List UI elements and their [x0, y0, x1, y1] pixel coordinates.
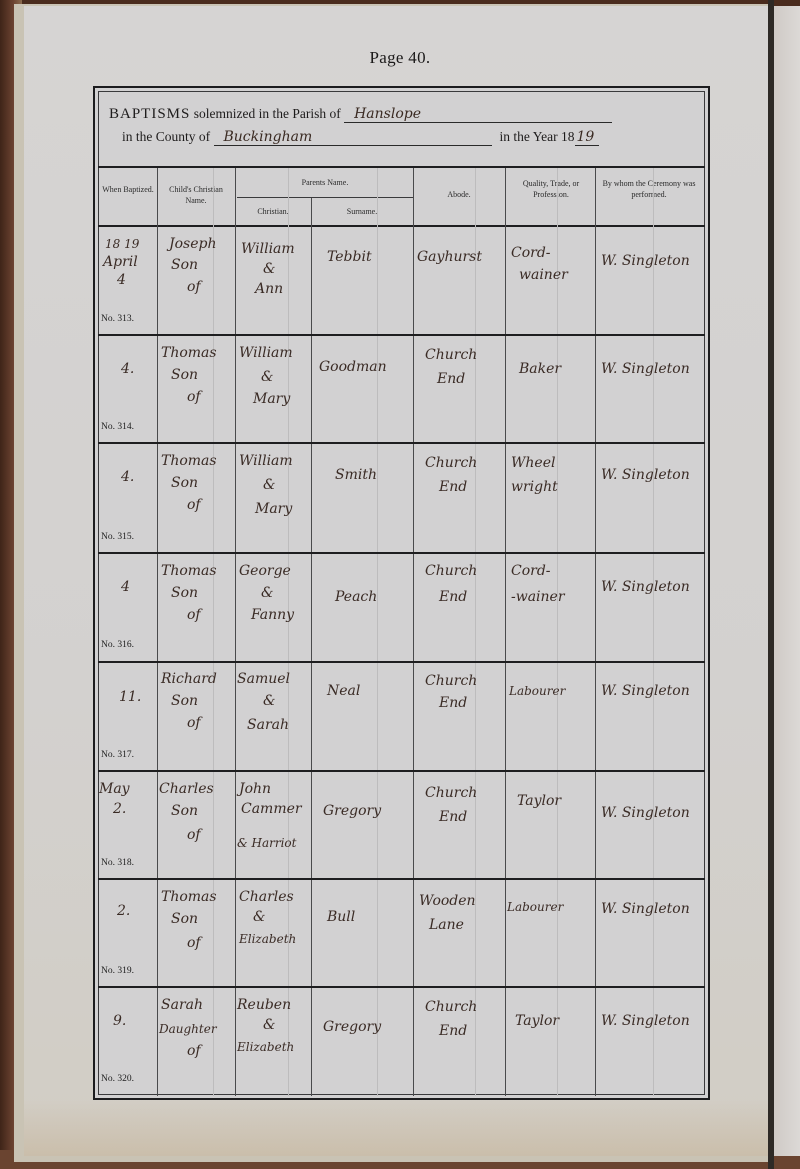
parish-field: Hanslope	[344, 106, 612, 123]
child-of: of	[187, 388, 201, 406]
entry-number: No. 320.	[101, 1074, 134, 1084]
faint-guide-line	[653, 168, 654, 1096]
parent-and: &	[263, 476, 275, 494]
abode-1: Church	[425, 454, 477, 472]
child-of: of	[187, 826, 201, 844]
faint-guide-line	[557, 168, 558, 1096]
abode-1: Church	[425, 562, 477, 580]
surname: Peach	[335, 588, 377, 606]
parent-christian-1: John	[239, 780, 271, 798]
baptism-register-table: BAPTISMS solemnized in the Parish of Han…	[93, 86, 710, 1100]
parent-christian-1: William	[239, 452, 293, 470]
child-relation: Son	[171, 584, 198, 602]
child-relation: Son	[171, 692, 198, 710]
entry-number: No. 315.	[101, 532, 134, 542]
trade-2: wright	[511, 478, 558, 496]
row-rule	[98, 770, 705, 772]
county-label: in the County of	[122, 129, 214, 144]
parent-and: &	[263, 260, 275, 278]
child-name: Thomas	[161, 344, 217, 362]
col-header-when: When Baptized.	[99, 184, 157, 195]
child-of: of	[187, 606, 201, 624]
entry-date-day: 2.	[117, 902, 130, 920]
row-rule	[98, 552, 705, 554]
col-divider	[235, 168, 236, 1096]
abode-2: End	[439, 808, 467, 826]
entry-date-month: May	[99, 780, 130, 798]
child-name: Richard	[161, 670, 217, 688]
col-divider	[595, 168, 596, 1096]
entry-date-day: 4	[121, 578, 130, 596]
surname: Gregory	[323, 802, 381, 820]
heading-baptisms: BAPTISMS	[109, 106, 190, 122]
child-name: Thomas	[161, 888, 217, 906]
trade-2: -wainer	[511, 588, 565, 606]
child-of: of	[187, 278, 201, 296]
row-rule	[98, 661, 705, 663]
parent-christian-2: Fanny	[251, 606, 294, 624]
row-rule	[98, 334, 705, 336]
faint-guide-line	[213, 168, 214, 1096]
page-stain	[24, 1100, 768, 1156]
parent-christian-1: Samuel	[237, 670, 290, 688]
minister: W. Singleton	[601, 252, 690, 270]
row-rule	[98, 442, 705, 444]
col-divider	[413, 168, 414, 1096]
abode-2: End	[437, 370, 465, 388]
abode-1: Church	[425, 784, 477, 802]
heading-rule	[98, 166, 705, 168]
entry-number: No. 319.	[101, 966, 134, 976]
entry-date-day: 4	[117, 271, 126, 289]
abode-2: End	[439, 1022, 467, 1040]
surname: Neal	[327, 682, 360, 700]
trade-1: Labourer	[509, 682, 565, 700]
col-header-parents: Parents Name.	[235, 177, 415, 188]
child-name: Charles	[159, 780, 214, 798]
minister: W. Singleton	[601, 804, 690, 822]
child-relation: Son	[171, 802, 198, 820]
minister: W. Singleton	[601, 360, 690, 378]
parent-christian-middle: Cammer	[241, 800, 302, 818]
surname: Bull	[327, 908, 355, 926]
minister: W. Singleton	[601, 682, 690, 700]
col-header-minister: By whom the Ceremony was performed.	[597, 178, 701, 200]
trade-1: Labourer	[507, 898, 563, 916]
parent-christian-2: Sarah	[247, 716, 289, 734]
heading-text: solemnized in the Parish of	[190, 106, 344, 121]
facing-page-edge	[774, 6, 800, 1156]
entry-number: No. 317.	[101, 750, 134, 760]
child-of: of	[187, 934, 201, 952]
child-of: of	[187, 496, 201, 514]
page-title: Page 40.	[0, 48, 800, 68]
entry-date-day: 4.	[121, 360, 134, 378]
entry-date-day: 4.	[121, 468, 134, 486]
parent-and: &	[263, 1016, 275, 1034]
surname: Tebbit	[327, 248, 372, 266]
child-of: of	[187, 714, 201, 732]
faint-guide-line	[475, 168, 476, 1096]
parent-and: &	[261, 368, 273, 386]
parent-christian-2: Ann	[255, 280, 283, 298]
minister: W. Singleton	[601, 1012, 690, 1030]
child-of: of	[187, 1042, 201, 1060]
parents-subheader-rule	[237, 197, 413, 198]
parent-christian-2: Mary	[253, 390, 290, 408]
column-header-rule	[98, 225, 705, 227]
entry-date-month: April	[103, 253, 138, 271]
minister: W. Singleton	[601, 900, 690, 918]
child-relation: Son	[171, 366, 198, 384]
county-field: Buckingham	[214, 129, 492, 146]
faint-guide-line	[288, 168, 289, 1096]
row-rule	[98, 878, 705, 880]
child-relation: Son	[171, 910, 198, 928]
year-field: 19	[575, 129, 599, 146]
surname: Smith	[335, 466, 377, 484]
parent-christian-1: George	[239, 562, 291, 580]
trade-1: Taylor	[517, 792, 561, 810]
faint-guide-line	[377, 168, 378, 1096]
parent-christian-2: & Harriot	[237, 834, 296, 852]
parent-and: &	[263, 692, 275, 710]
child-name: Sarah	[161, 996, 203, 1014]
register-heading-county: in the County of Buckinghamin the Year 1…	[122, 129, 599, 146]
child-relation: Son	[171, 474, 198, 492]
entry-date-day: 9.	[113, 1012, 126, 1030]
col-header-christian: Christian.	[235, 206, 311, 217]
minister: W. Singleton	[601, 466, 690, 484]
trade-2: wainer	[519, 266, 568, 284]
parent-christian-1: Reuben	[237, 996, 291, 1014]
abode-1: Wooden	[419, 892, 476, 910]
col-header-quality: Quality, Trade, or Profession.	[507, 178, 595, 200]
abode-1: Church	[425, 672, 477, 690]
minister: W. Singleton	[601, 578, 690, 596]
parent-and: &	[261, 584, 273, 602]
entry-number: No. 313.	[101, 314, 134, 324]
child-relation: Son	[171, 256, 198, 274]
trade-1: Taylor	[515, 1012, 559, 1030]
child-name: Thomas	[161, 452, 217, 470]
col-header-surname: Surname.	[312, 206, 412, 217]
abode-1: Church	[425, 998, 477, 1016]
parent-christian-2: Elizabeth	[239, 930, 296, 948]
trade-1: Cord-	[511, 244, 551, 262]
parent-and: &	[253, 908, 265, 926]
year-label: in the Year 18	[500, 129, 575, 144]
abode-2: Lane	[429, 916, 464, 934]
entry-date-day: 11.	[119, 688, 141, 706]
col-divider	[505, 168, 506, 1096]
register-heading-parish: BAPTISMS solemnized in the Parish of Han…	[109, 106, 612, 123]
abode-2: End	[439, 478, 467, 496]
abode-1: Gayhurst	[417, 248, 482, 266]
trade-1: Baker	[519, 360, 561, 378]
entry-date-year: 18 19	[105, 235, 139, 253]
entry-number: No. 316.	[101, 640, 134, 650]
trade-1: Cord-	[511, 562, 551, 580]
parent-christian-1: William	[241, 240, 295, 258]
entry-date-day: 2.	[113, 800, 126, 818]
parent-christian-2: Elizabeth	[237, 1038, 294, 1056]
surname: Goodman	[319, 358, 387, 376]
col-header-child: Child's Christian Name.	[159, 184, 233, 206]
surname: Gregory	[323, 1018, 381, 1036]
entry-number: No. 314.	[101, 422, 134, 432]
col-divider	[311, 198, 312, 1096]
abode-1: Church	[425, 346, 477, 364]
child-name: Joseph	[169, 235, 217, 253]
abode-2: End	[439, 694, 467, 712]
entry-number: No. 318.	[101, 858, 134, 868]
col-header-abode: Abode.	[413, 189, 505, 200]
row-rule	[98, 986, 705, 988]
col-divider	[157, 168, 158, 1096]
parent-christian-2: Mary	[255, 500, 292, 518]
child-relation: Daughter	[159, 1020, 217, 1038]
parent-christian-1: William	[239, 344, 293, 362]
child-name: Thomas	[161, 562, 217, 580]
abode-2: End	[439, 588, 467, 606]
trade-1: Wheel	[511, 454, 555, 472]
parent-christian-1: Charles	[239, 888, 294, 906]
